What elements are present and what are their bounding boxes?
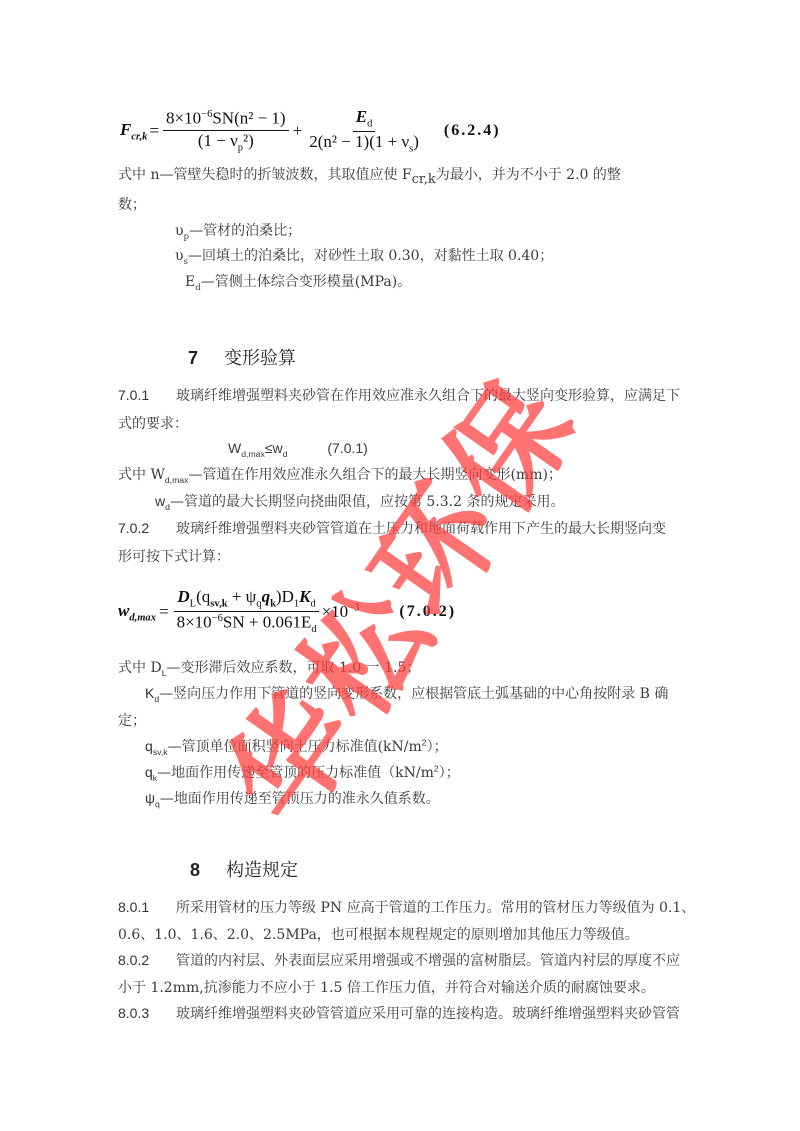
definition-vs: υs—回填土的泊桑比，对砂性土取 0.30，对黏性土取 0.40； [175,245,553,267]
equation-number: (6.2.4) [444,122,501,140]
definition-ed: Ed—管侧土体综合变形模量(MPa)。 [185,271,411,293]
formula-lhs: Fcr,k [120,120,147,142]
formula-term2: Ed 2(n² − 1)(1 + νs) [306,108,422,155]
clause-7-0-2: 7.0.2玻璃纤维增强塑料夹砂管管道在土压力和地面荷载作用下产生的最大长期竖向变 [118,518,666,538]
equation-number: (7.0.2) [399,603,456,621]
definition-qsv: qsv,k—管顶单位面积竖向土压力标准值(kN/m2）； [145,736,448,757]
definition-wdmax: 式中 Wd,max—管道在作用效应准永久组合下的最大长期竖向变形(mm)； [118,464,562,485]
definition-vp: υp—管材的泊桑比； [175,220,301,242]
section-8-heading: 8构造规定 [190,856,298,882]
clause-8-0-3: 8.0.3玻璃纤维增强塑料夹砂管管道应采用可靠的连接构造。玻璃纤维增强塑料夹砂管… [118,1003,680,1023]
section-7-heading: 7变形验算 [188,344,296,370]
clause-7-0-1: 7.0.1玻璃纤维增强塑料夹砂管在作用效应准永久组合下的最大竖向变形验算，应满足… [118,385,680,405]
formula-6-2-4: Fcr,k = 8×10−6SN(n² − 1) (1 − νp²) + Ed … [120,108,501,155]
formula-term1: 8×10−6SN(n² − 1) (1 − νp²) [163,109,289,153]
document-page: Fcr,k = 8×10−6SN(n² − 1) (1 − νp²) + Ed … [0,0,800,1131]
definition-qk: qk—地面作用传递至管顶的压力标准值（kN/m2）； [145,762,460,783]
definition-wd: wd—管道的最大长期竖向挠曲限值，应按第 5.3.2 条的规定采用。 [155,491,564,512]
clause-8-0-1: 8.0.1所采用管材的压力等级 PN 应高于管道的工作压力。常用的管材压力等级值… [118,897,695,917]
definition-n: 式中 n—管壁失稳时的折皱波数，其取值应使 Fcr,k为最小，并为不小于 2.0… [118,164,621,187]
definition-dl: 式中 DL—变形滞后效应系数，可取 1.0 一 1.5； [118,657,420,678]
clause-7-0-2-cont: 形可按下式计算： [118,546,230,566]
definition-n-cont: 数； [118,194,146,214]
clause-7-0-1-cont: 式的要求： [118,413,188,433]
formula-7-0-1: Wd,max≤wd (7.0.1) [228,440,368,459]
equation-number: (7.0.1) [327,440,367,456]
clause-8-0-2-cont: 小于 1.2mm,抗渗能力不应小于 1.5 倍工作压力值，并符合对输送介质的耐腐… [118,977,655,997]
definition-psi: ψq—地面作用传递至管顶压力的准永久值系数。 [145,788,440,809]
clause-8-0-1-cont: 0.6、1.0、1.6、2.0、2.5MPa，也可根据本规程规定的原则增加其他压… [118,924,639,944]
clause-8-0-2: 8.0.2管道的内衬层、外表面层应采用增强或不增强的富树脂层。管道内衬层的厚度不… [118,950,680,970]
definition-kd: Kd—竖向压力作用下管道的竖向变形系数，应根据管底土弧基础的中心角按附录 B 确 [145,683,668,704]
definition-kd-cont: 定； [118,710,146,730]
formula-7-0-2: wd,max = DL(qsv,k + ψqqk)D1Kd 8×10−6SN +… [118,588,456,636]
